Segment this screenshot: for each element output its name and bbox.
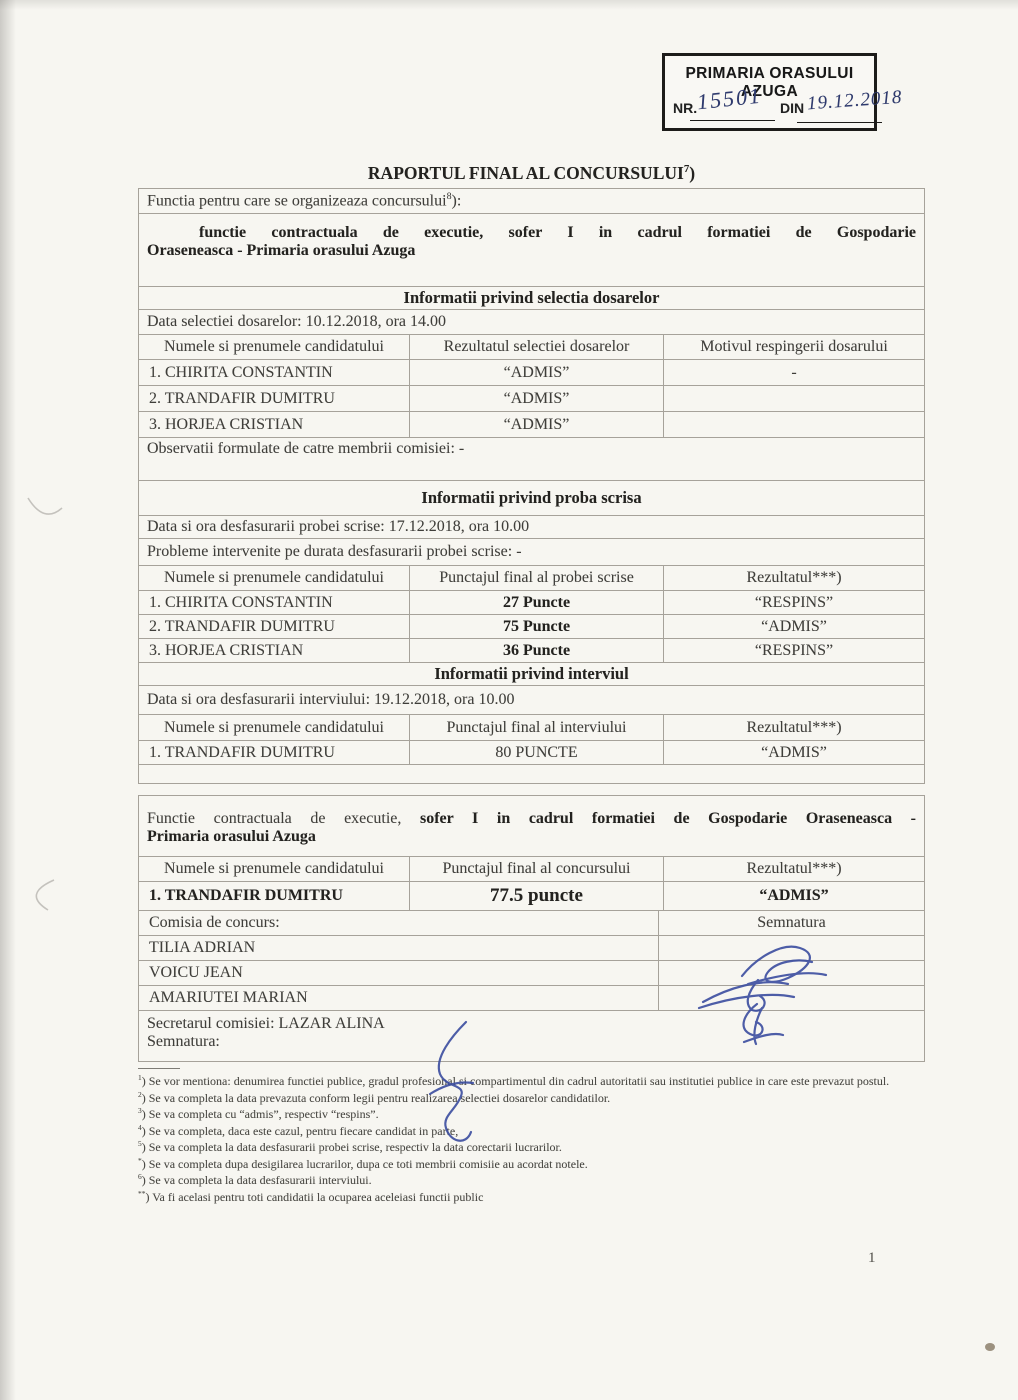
- col-header-punctaj-scris: Punctajul final al probei scrise: [409, 566, 663, 590]
- comisia-member-row: VOICU JEAN: [138, 960, 925, 986]
- stamp-nr-value-handwritten: 15501: [696, 83, 763, 116]
- final-intro-line1: Functie contractuala de executie, sofer …: [147, 810, 916, 828]
- col-header-punctaj-concurs: Punctajul final al concursului: [409, 857, 663, 881]
- section-interviu-header: Informatii privind interviul: [138, 662, 925, 686]
- interviu-column-header-row: Numele si prenumele candidatului Punctaj…: [138, 714, 925, 741]
- page-title: RAPORTUL FINAL AL CONCURSULUI7): [138, 163, 925, 185]
- stamp-nr-underline: [690, 120, 775, 121]
- registration-stamp: PRIMARIA ORASULUI AZUGA NR. 15501 DIN 19…: [662, 53, 877, 131]
- proba-scrisa-data-line: Data si ora desfasurarii probei scrise: …: [138, 515, 925, 539]
- semnatura-header: Semnatura: [658, 911, 924, 935]
- table-row: 1. CHIRITA CONSTANTIN 27 Puncte “RESPINS…: [138, 590, 925, 615]
- table-row: 2. TRANDAFIR DUMITRU 75 Puncte “ADMIS”: [138, 614, 925, 639]
- footnotes: 1) Se vor mentiona: denumirea functiei p…: [138, 1068, 925, 1205]
- member-signature-cell: [658, 936, 924, 960]
- empty-row: [138, 764, 925, 784]
- dosare-data-line: Data selectiei dosarelor: 10.12.2018, or…: [138, 309, 925, 335]
- semnatura-label: Semnatura:: [147, 1033, 916, 1051]
- col-header-nume: Numele si prenumele candidatului: [139, 857, 409, 881]
- page-number: 1: [868, 1250, 876, 1267]
- final-column-header-row: Numele si prenumele candidatului Punctaj…: [138, 856, 925, 882]
- footnote: 3) Se va completa cu “admis”, respectiv …: [138, 1106, 925, 1123]
- proba-scrisa-column-header-row: Numele si prenumele candidatului Punctaj…: [138, 565, 925, 591]
- col-header-punctaj-interviu: Punctajul final al interviului: [409, 715, 663, 740]
- member-signature-cell: [658, 986, 924, 1010]
- col-header-rezultat: Rezultatul***): [663, 566, 924, 590]
- col-header-rezultat: Rezultatul***): [663, 715, 924, 740]
- comisia-label: Comisia de concurs:: [139, 911, 658, 935]
- table-row: 1. TRANDAFIR DUMITRU 77.5 puncte “ADMIS”: [138, 881, 925, 911]
- final-intro-line2: Primaria orasului Azuga: [147, 828, 916, 846]
- footnote: 5) Se va completa la data desfasurarii p…: [138, 1139, 925, 1156]
- member-signature-cell: [658, 961, 924, 985]
- stamp-din-underline: [797, 122, 882, 123]
- table-row: 2. TRANDAFIR DUMITRU “ADMIS”: [138, 385, 925, 412]
- section-proba-scrisa-header: Informatii privind proba scrisa: [138, 480, 925, 516]
- footnote-separator: [138, 1068, 180, 1069]
- footnote: 6) Se va completa la data desfasurarii i…: [138, 1172, 925, 1189]
- stamp-nr-label: NR.: [673, 100, 697, 116]
- table-row: 1. TRANDAFIR DUMITRU 80 PUNCTE “ADMIS”: [138, 740, 925, 765]
- comisia-member-row: TILIA ADRIAN: [138, 935, 925, 961]
- footnote: *) Se va completa dupa desigilarea lucra…: [138, 1156, 925, 1173]
- col-header-rezultat: Rezultatul***): [663, 857, 924, 881]
- stamp-din-label: DIN: [780, 100, 804, 116]
- interviu-data-line: Data si ora desfasurarii interviului: 19…: [138, 685, 925, 715]
- section-dosare-header: Informatii privind selectia dosarelor: [138, 286, 925, 310]
- footnote: **) Va fi acelasi pentru toti candidatii…: [138, 1189, 925, 1206]
- footnote: 1) Se vor mentiona: denumirea functiei p…: [138, 1073, 925, 1090]
- table-row: 1. CHIRITA CONSTANTIN “ADMIS” -: [138, 359, 925, 386]
- col-header-motiv: Motivul respingerii dosarului: [663, 335, 924, 359]
- proba-scrisa-probleme-line: Probleme intervenite pe durata desfasura…: [138, 538, 925, 566]
- footnote: 2) Se va completa la data prevazuta conf…: [138, 1090, 925, 1107]
- footnote: 4) Se va completa, daca este cazul, pent…: [138, 1123, 925, 1140]
- functia-value-line2: Oraseneasca - Primaria orasului Azuga: [147, 242, 916, 260]
- dosare-observatii-row: Observatii formulate de catre membrii co…: [138, 437, 925, 481]
- functia-label-row: Functia pentru care se organizeaza concu…: [138, 188, 925, 214]
- final-intro-row: Functie contractuala de executie, sofer …: [138, 795, 925, 857]
- scanned-document-page: PRIMARIA ORASULUI AZUGA NR. 15501 DIN 19…: [0, 0, 1018, 1400]
- col-header-rezultat-selectie: Rezultatul selectiei dosarelor: [409, 335, 663, 359]
- comisia-member-row: AMARIUTEI MARIAN: [138, 985, 925, 1011]
- document-content: RAPORTUL FINAL AL CONCURSULUI7) Functia …: [138, 163, 925, 1205]
- table-row: 3. HORJEA CRISTIAN 36 Puncte “RESPINS”: [138, 638, 925, 663]
- col-header-nume: Numele si prenumele candidatului: [139, 715, 409, 740]
- functia-value-line1: functie contractuala de executie, sofer …: [147, 224, 916, 242]
- binder-mark-bottom: [36, 880, 54, 910]
- dosare-column-header-row: Numele si prenumele candidatului Rezulta…: [138, 334, 925, 360]
- col-header-nume: Numele si prenumele candidatului: [139, 566, 409, 590]
- functia-value-row: functie contractuala de executie, sofer …: [138, 213, 925, 287]
- col-header-nume: Numele si prenumele candidatului: [139, 335, 409, 359]
- secretar-line: Secretarul comisiei: LAZAR ALINA: [147, 1015, 916, 1033]
- scan-speck: [985, 1343, 995, 1351]
- binder-mark-top: [28, 498, 62, 514]
- comisia-header-row: Comisia de concurs: Semnatura: [138, 910, 925, 936]
- table-row: 3. HORJEA CRISTIAN “ADMIS”: [138, 411, 925, 438]
- functia-label: Functia pentru care se organizeaza concu…: [147, 191, 461, 210]
- secretar-row: Secretarul comisiei: LAZAR ALINA Semnatu…: [138, 1010, 925, 1062]
